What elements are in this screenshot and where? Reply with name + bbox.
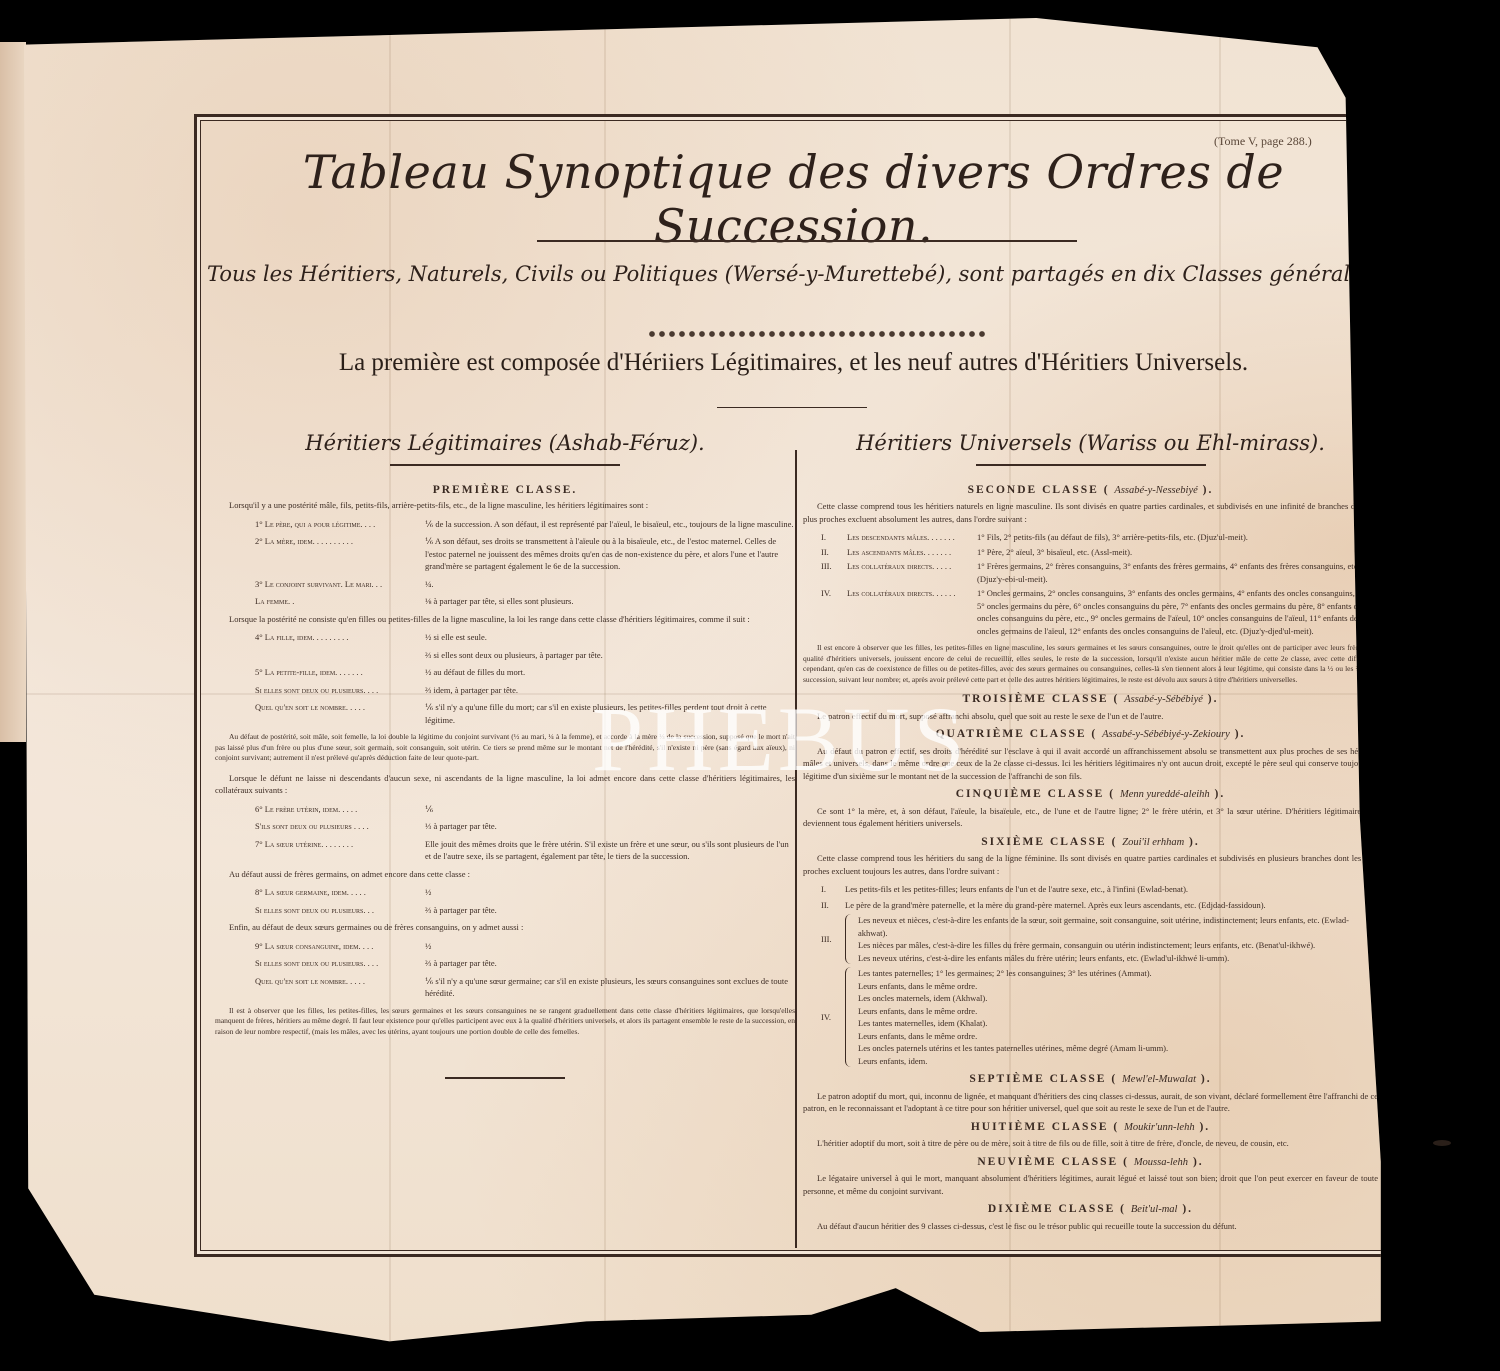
note: Au défaut de postérité, soit mâle, soit … [215, 732, 795, 764]
heir-row: Si elles sont deux ou plusieurs. . . .⅔ … [215, 684, 795, 697]
branch-label: Les descendants mâles. . . . . . . [847, 531, 977, 544]
heir-share: ⅙ A son défaut, ses droits se transmette… [425, 535, 795, 573]
roman-numeral: I. [821, 531, 847, 544]
class-arabic-name: Mewl'el-Muwalat [1122, 1074, 1196, 1085]
heir-label: La femme. . [215, 595, 425, 608]
class-title: SEPTIÈME CLASSE ( Mewl'el-Muwalat ). [803, 1073, 1378, 1087]
note: Il est encore à observer que les filles,… [803, 643, 1378, 685]
branch-line: Les tantes maternelles, idem (Khalat). [858, 1017, 1378, 1030]
heir-label: 1° Le père, qui a pour légitime. . . . [215, 518, 425, 531]
heir-label: 4° La fille, idem. . . . . . . . . [215, 631, 425, 644]
heir-label: 6° Le frère utérin, idem. . . . . [215, 803, 425, 816]
heir-label: 8° La sœur germaine, idem. . . . . [215, 886, 425, 899]
document-headline: La première est composée d'Hériiers Légi… [197, 349, 1390, 377]
heir-share: ⅔ idem, à partager par tête. [425, 684, 795, 697]
brace-bracket [845, 967, 852, 1067]
heir-branch-group: III.Les neveux et nièces, c'est-à-dire l… [821, 914, 1378, 964]
branch-lines: Les petits-fils et les petites-filles; l… [845, 883, 1378, 896]
heir-label: 5° La petite-fille, idem. . . . . . . [215, 666, 425, 679]
heir-label [215, 649, 425, 662]
class-name: QUATRIÈME CLASSE [936, 728, 1087, 740]
right-column-heading: Héritiers Universels (Wariss ou Ehl-mira… [803, 437, 1378, 450]
class-name: SEPTIÈME CLASSE [969, 1073, 1106, 1085]
heir-share: ½ [425, 886, 795, 899]
heir-row: 2° La mère, idem. . . . . . . . . .⅙ A s… [215, 535, 795, 573]
branch-label: Les collatéraux directs. . . . . . [847, 587, 977, 637]
class-arabic-name: Moussa-lehh [1134, 1157, 1188, 1168]
class-title: NEUVIÈME CLASSE ( Moussa-lehh ). [803, 1156, 1378, 1170]
heir-row: 4° La fille, idem. . . . . . . . .½ si e… [215, 631, 795, 644]
heir-branch-group: I.Les petits-fils et les petites-filles;… [821, 883, 1378, 896]
branch-line: Les neveux utérins, c'est-à-dire les enf… [858, 952, 1378, 965]
heir-branch-group: II.Le père de la grand'mère paternelle, … [821, 899, 1378, 912]
heir-row: 6° Le frère utérin, idem. . . . .⅙ [215, 803, 795, 816]
paragraph: Lorsque le défunt ne laisse ni descendan… [215, 772, 795, 797]
class-name: DIXIÈME CLASSE [988, 1203, 1115, 1215]
heir-label: Si elles sont deux ou plusieurs. . . . [215, 957, 425, 970]
roman-numeral: II. [821, 546, 847, 559]
heir-share: ⅔ si elles sont deux ou plusieurs, à par… [425, 649, 795, 662]
class-title: HUITIÈME CLASSE ( Moukir'unn-lehh ). [803, 1121, 1378, 1135]
legitimate-heirs-column: Héritiers Légitimaires (Ashab-Féruz). PR… [215, 437, 795, 1079]
heir-label: Si elles sont deux ou plusieurs. . . . [215, 684, 425, 697]
heir-label: Quel qu'en soit le nombre. . . . . [215, 701, 425, 726]
heading-rule [390, 464, 620, 466]
branch-line: Les tantes paternelles; 1° les germaines… [858, 967, 1378, 980]
roman-numeral: IV. [821, 587, 847, 637]
class-arabic-name: Assabé-y-Sébébiyé-y-Zekioury [1102, 729, 1230, 740]
heir-label: Quel qu'en soit le nombre. . . . . [215, 975, 425, 1000]
heir-share: ⅙ s'il n'y a qu'une fille du mort; car s… [425, 701, 795, 726]
heir-row: Si elles sont deux ou plusieurs. . . .⅔ … [215, 957, 795, 970]
class-arabic-name: Beit'ul-mal [1131, 1204, 1178, 1215]
branch-line: Leurs enfants, dans le même ordre. [858, 980, 1378, 993]
class-title: TROISIÈME CLASSE ( Assabé-y-Sébébiyé ). [803, 693, 1378, 707]
branch-line: Leurs enfants, dans le même ordre. [858, 1005, 1378, 1018]
heir-share: ⅔ à partager par tête. [425, 904, 795, 917]
branch-text: 1° Fils, 2° petits-fils (au défaut de fi… [977, 531, 1378, 544]
class-arabic-name: Assabé-y-Sébébiyé [1124, 694, 1203, 705]
heir-row: Quel qu'en soit le nombre. . . . .⅙ s'il… [215, 975, 795, 1000]
class-description: Le patron effectif du mort, supposé affr… [803, 710, 1378, 723]
class-arabic-name: Menn yureddé-aleihh [1120, 789, 1210, 800]
heir-share: ½ au défaut de filles du mort. [425, 666, 795, 679]
heir-row: 1° Le père, qui a pour légitime. . . .⅙ … [215, 518, 795, 531]
class-arabic-name: Assabé-y-Nessebiyé [1114, 485, 1197, 496]
roman-numeral: III. [821, 914, 845, 964]
heir-row: S'ils sont deux ou plusieurs . . . .⅓ à … [215, 820, 795, 833]
branch-text: 1° Frères germains, 2° frères consanguin… [977, 560, 1378, 585]
document-title: Tableau Synoptique des divers Ordres de … [197, 145, 1390, 253]
heir-branch-group: IV.Les tantes paternelles; 1° les germai… [821, 967, 1378, 1067]
heir-share: ⅛ à partager par tête, si elles sont plu… [425, 595, 795, 608]
title-rule [537, 240, 1077, 242]
heir-label: S'ils sont deux ou plusieurs . . . . [215, 820, 425, 833]
heir-row: 5° La petite-fille, idem. . . . . . .½ a… [215, 666, 795, 679]
branch-lines: Le père de la grand'mère paternelle, et … [845, 899, 1378, 912]
class-title: CINQUIÈME CLASSE ( Menn yureddé-aleihh )… [803, 788, 1378, 802]
heir-row: 7° La sœur utérine. . . . . . . .Elle jo… [215, 838, 795, 863]
branch-line: Les nièces par mâles, c'est-à-dire les f… [858, 939, 1378, 952]
class-title: QUATRIÈME CLASSE ( Assabé-y-Sébébiyé-y-Z… [803, 728, 1378, 742]
roman-numeral: I. [821, 883, 845, 896]
class-name: TROISIÈME CLASSE [963, 693, 1109, 705]
branch-text: 1° Oncles germains, 2° oncles consanguin… [977, 587, 1378, 637]
heir-row: 8° La sœur germaine, idem. . . . .½ [215, 886, 795, 899]
class-description: Le légataire universel à qui le mort, ma… [803, 1172, 1378, 1197]
heir-row: 3° Le conjoint survivant. Le mari. . .¼. [215, 578, 795, 591]
class-title: SECONDE CLASSE ( Assabé-y-Nessebiyé ). [803, 484, 1378, 498]
ornamental-bead-rule [647, 329, 987, 339]
paragraph: Lorsqu'il y a une postérité mâle, fils, … [215, 499, 795, 512]
brace-bracket [845, 914, 852, 964]
heir-branch-row: I.Les descendants mâles. . . . . . .1° F… [821, 531, 1378, 544]
class-title: DIXIÈME CLASSE ( Beit'ul-mal ). [803, 1203, 1378, 1217]
branch-line: Les oncles paternels utérins et les tant… [858, 1042, 1378, 1055]
document-sheet: (Tome V, page 288.) Tableau Synoptique d… [24, 18, 1430, 1348]
class-description: Le patron adoptif du mort, qui, inconnu … [803, 1090, 1378, 1115]
roman-numeral: II. [821, 899, 845, 912]
branch-label: Les collatéraux directs. . . . . [847, 560, 977, 585]
column-divider [795, 450, 797, 1248]
roman-numeral: III. [821, 560, 847, 585]
paragraph: Lorsque la postérité ne consiste qu'en f… [215, 613, 795, 626]
table-frame: Tableau Synoptique des divers Ordres de … [194, 114, 1393, 1257]
class-name: CINQUIÈME CLASSE [956, 788, 1105, 800]
branch-text: 1° Père, 2° aïeul, 3° bisaïeul, etc. (As… [977, 546, 1378, 559]
class-description: L'héritier adoptif du mort, soit à titre… [803, 1137, 1378, 1150]
heir-share: ⅔ à partager par tête. [425, 957, 795, 970]
heir-share: ⅓ à partager par tête. [425, 820, 795, 833]
left-column-heading: Héritiers Légitimaires (Ashab-Féruz). [215, 437, 795, 450]
heir-branch-row: II.Les ascendants mâles. . . . . . .1° P… [821, 546, 1378, 559]
class-description: Ce sont 1° la mère, et, à son défaut, l'… [803, 805, 1378, 830]
heir-row: Quel qu'en soit le nombre. . . . .⅙ s'il… [215, 701, 795, 726]
heir-label: 2° La mère, idem. . . . . . . . . . [215, 535, 425, 573]
heir-row: Si elles sont deux ou plusieurs. . .⅔ à … [215, 904, 795, 917]
headline-ornament [717, 407, 867, 408]
note: Il est à observer que les filles, les pe… [215, 1006, 795, 1038]
adjacent-page-strip [0, 42, 26, 742]
branch-lines: Les neveux et nièces, c'est-à-dire les e… [858, 914, 1378, 964]
class-name: SECONDE CLASSE [968, 484, 1099, 496]
class-description: Au défaut d'aucun héritier des 9 classes… [803, 1220, 1378, 1233]
heir-share: ¼. [425, 578, 795, 591]
heir-row: 9° La sœur consanguine, idem. . . .½ [215, 940, 795, 953]
class-title: PREMIÈRE CLASSE. [215, 484, 795, 497]
class-name: SIXIÈME CLASSE [981, 836, 1106, 848]
branch-line: Leurs enfants, idem. [858, 1055, 1378, 1068]
heir-label: 7° La sœur utérine. . . . . . . . [215, 838, 425, 863]
roman-numeral: IV. [821, 967, 845, 1067]
heir-share: Elle jouit des mêmes droits que le frère… [425, 838, 795, 863]
branch-label: Les ascendants mâles. . . . . . . [847, 546, 977, 559]
class-description: Cette classe comprend tous les héritiers… [803, 852, 1378, 877]
class-arabic-name: Zoui'il erhham [1122, 837, 1184, 848]
class-description: Au défaut du patron effectif, ses droits… [803, 745, 1378, 783]
heir-share: ½ si elle est seule. [425, 631, 795, 644]
branch-line: Les petits-fils et les petites-filles; l… [845, 883, 1378, 896]
heir-row: ⅔ si elles sont deux ou plusieurs, à par… [215, 649, 795, 662]
paragraph: Au défaut aussi de frères germains, on a… [215, 868, 795, 881]
heir-label: 9° La sœur consanguine, idem. . . . [215, 940, 425, 953]
class-name: HUITIÈME CLASSE [971, 1121, 1109, 1133]
universal-heirs-column: Héritiers Universels (Wariss ou Ehl-mira… [803, 437, 1378, 1238]
branch-line: Les oncles maternels, idem (Akhwal). [858, 992, 1378, 1005]
heir-branch-row: IV.Les collatéraux directs. . . . . .1° … [821, 587, 1378, 637]
heir-branch-row: III.Les collatéraux directs. . . . .1° F… [821, 560, 1378, 585]
branch-lines: Les tantes paternelles; 1° les germaines… [858, 967, 1378, 1067]
heading-rule [976, 464, 1206, 466]
document-subtitle: Tous les Héritiers, Naturels, Civils ou … [197, 262, 1390, 286]
branch-line: Les neveux et nièces, c'est-à-dire les e… [858, 914, 1378, 939]
class-title: SIXIÈME CLASSE ( Zoui'il erhham ). [803, 836, 1378, 850]
class-arabic-name: Moukir'unn-lehh [1124, 1122, 1194, 1133]
class-name: NEUVIÈME CLASSE [977, 1156, 1118, 1168]
heir-share: ⅙ de la succession. A son défaut, il est… [425, 518, 795, 531]
class-description: Cette classe comprend tous les héritiers… [803, 500, 1378, 525]
closing-rule [445, 1077, 565, 1079]
paper-tear-mark [1433, 1140, 1451, 1146]
heir-share: ⅙ [425, 803, 795, 816]
heir-label: 3° Le conjoint survivant. Le mari. . . [215, 578, 425, 591]
branch-line: Le père de la grand'mère paternelle, et … [845, 899, 1378, 912]
heir-share: ½ [425, 940, 795, 953]
heir-share: ⅙ s'il n'y a qu'une sœur germaine; car s… [425, 975, 795, 1000]
paragraph: Enfin, au défaut de deux sœurs germaines… [215, 921, 795, 934]
heir-row: La femme. .⅛ à partager par tête, si ell… [215, 595, 795, 608]
heir-label: Si elles sont deux ou plusieurs. . . [215, 904, 425, 917]
branch-line: Leurs enfants, dans le même ordre. [858, 1030, 1378, 1043]
